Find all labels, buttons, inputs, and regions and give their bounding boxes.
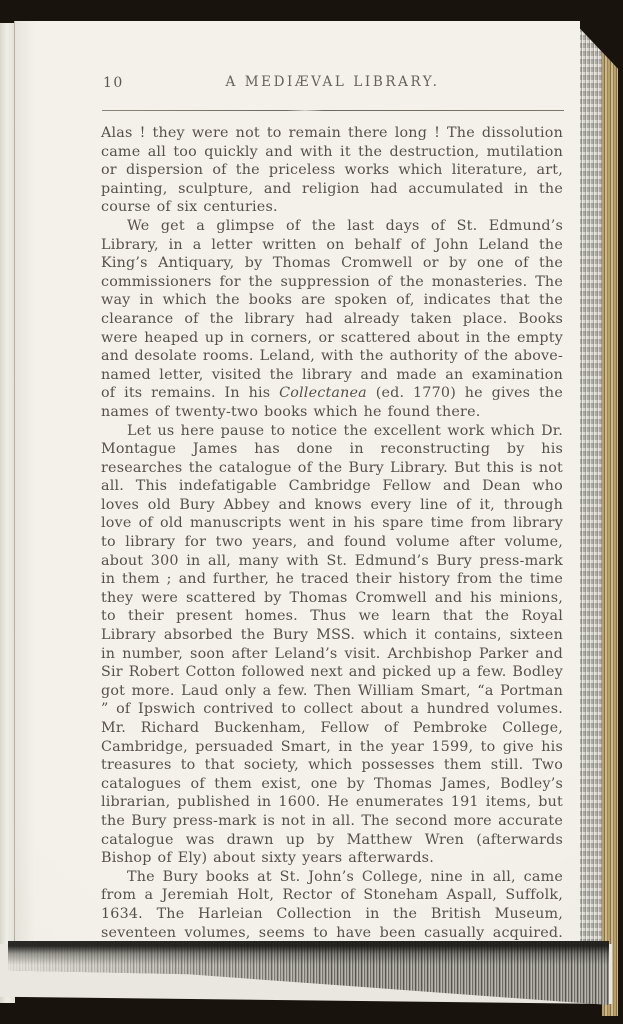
book-cover-edge: [602, 38, 618, 1016]
page-header: 10 A MEDIÆVAL LIBRARY.: [101, 74, 564, 90]
paragraph-leland: We get a glimpse of the last days of St.…: [101, 217, 563, 422]
scanned-book-page: 10 A MEDIÆVAL LIBRARY. Alas ! they were …: [0, 0, 623, 1024]
running-title: A MEDIÆVAL LIBRARY.: [101, 74, 564, 90]
left-page-edge: [0, 23, 15, 1003]
book-page: 10 A MEDIÆVAL LIBRARY. Alas ! they were …: [14, 21, 580, 944]
header-rule: [102, 110, 564, 111]
page-number: 10: [103, 75, 124, 91]
collectanea-italic: Collectanea: [279, 385, 367, 401]
page-body: Alas ! they were not to remain there lon…: [101, 124, 563, 961]
paragraph-montague-james: Let us here pause to notice the excellen…: [101, 422, 563, 868]
paragraph-dissolution: Alas ! they were not to remain there lon…: [101, 124, 563, 217]
fore-edge-pages: [578, 17, 602, 949]
paragraph-leland-text-1: We get a glimpse of the last days of St.…: [101, 218, 563, 401]
